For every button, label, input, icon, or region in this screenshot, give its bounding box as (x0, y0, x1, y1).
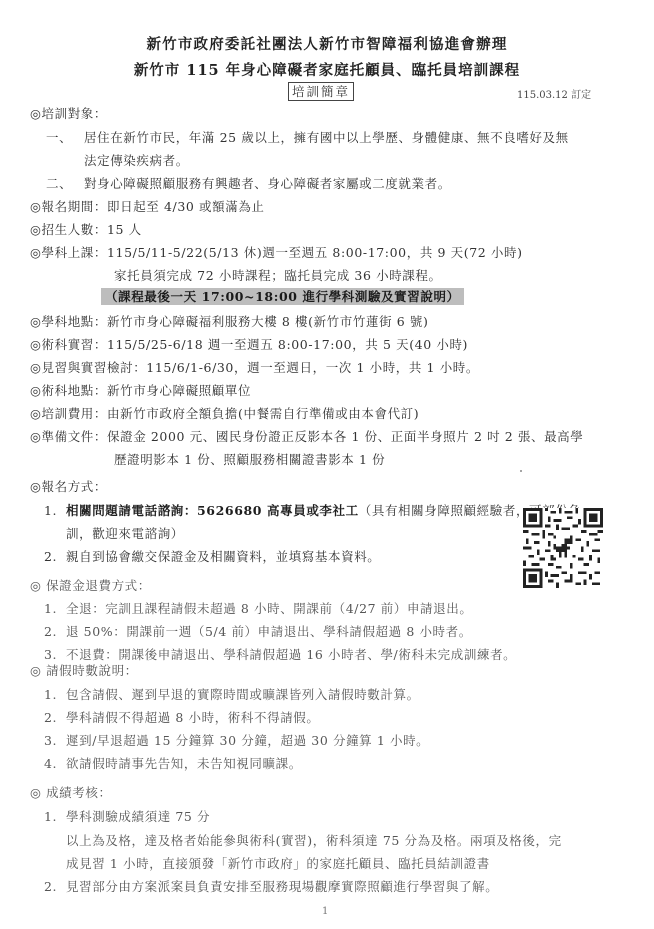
target-item-1-cont: 法定傳染疾病者。 (84, 153, 189, 169)
leave-item-2: 學科請假不得超過 8 小時，術科不得請假。 (66, 710, 320, 726)
revision-date: 115.03.12 訂定 (517, 86, 591, 101)
refund-heading: ◎ 保證金退費方式： (30, 578, 151, 594)
class-location: ◎學科地點：新竹市身心障礙福利服務大樓 8 樓(新竹市竹蓮街 6 號) (30, 314, 428, 330)
refund-item-1-num: 1. (44, 601, 57, 617)
signup-item-2: 親自到協會繳交保證金及相關資料，並填寫基本資料。 (66, 549, 380, 565)
signup-item-2-num: 2. (44, 549, 57, 565)
signup-heading: ◎報名方式： (30, 479, 107, 495)
enrollment-count: ◎招生人數：15 人 (30, 222, 142, 238)
grading-item-1: 學科測驗成績須達 75 分 (66, 809, 210, 825)
practicum-schedule: ◎術科實習：115/5/25-6/18 週一至週五 8:00-17:00，共 5… (30, 337, 468, 353)
phone-inquiry: 相關問題請電話諮詢：5626680 高專員或李社工 (66, 503, 359, 518)
grading-item-1-num: 1. (44, 809, 57, 825)
required-documents: ◎準備文件：保證金 2000 元、國民身份證正反影本各 1 份、正面半身照片 2… (30, 429, 583, 445)
class-schedule-note: 家托員須完成 72 小時課程；臨托員完成 36 小時課程。 (114, 268, 442, 284)
target-item-2-text: 對身心障礙照顧服務有興趣者、身心障礙者家屬或二度就業者。 (84, 176, 451, 192)
target-item-1-text: 居住在新竹市民，年滿 25 歲以上，擁有國中以上學歷、身體健康、無不良嗜好及無 (84, 130, 569, 146)
grading-item-2-num: 2. (44, 879, 57, 895)
leave-item-3: 遲到/早退超過 15 分鐘算 30 分鐘，超過 30 分鐘算 1 小時。 (66, 733, 429, 749)
target-item-1-num: 一、 (46, 130, 72, 146)
registration-period: ◎報名期間：即日起至 4/30 或額滿為止 (30, 199, 265, 215)
class-schedule: ◎學科上課：115/5/11-5/22(5/13 休)週一至週五 8:00-17… (30, 245, 523, 261)
scan-speck (520, 470, 522, 472)
highlight-text: （課程最後一天 17:00~18:00 進行學科測驗及實習說明） (101, 288, 464, 305)
grading-item-1-cont2: 成見習 1 小時，直接頒發「新竹市政府」的家庭托顧員、臨托員結訓證書 (66, 856, 490, 872)
grading-item-2: 見習部分由方案派案員負責安排至服務現場觀摩實際照顧進行學習與了解。 (66, 879, 498, 895)
observation-schedule: ◎見習與實習檢討：115/6/1-6/30，週一至週日，一次 1 小時，共 1 … (30, 360, 479, 376)
refund-item-1: 全退：完訓且課程請假未超過 8 小時、開課前（4/27 前）申請退出。 (66, 601, 472, 617)
leave-heading: ◎ 請假時數說明： (30, 663, 138, 679)
doc-label-box: 培訓簡章 (288, 82, 354, 101)
organizer-line: 新竹市政府委託社團法人新竹市智障福利協進會辦理 (0, 33, 654, 54)
grading-heading: ◎ 成績考核： (30, 785, 112, 801)
grading-item-1-cont1: 以上為及格，達及格者始能參與術科(實習)，術科須達 75 分為及格。兩項及格後，… (66, 833, 562, 849)
document-page: 新竹市政府委託社團法人新竹市智障福利協進會辦理 新竹市 115 年身心障礙者家庭… (0, 0, 654, 929)
refund-item-3-num: 3. (44, 647, 57, 663)
leave-item-2-num: 2. (44, 710, 57, 726)
refund-item-2-num: 2. (44, 624, 57, 640)
leave-item-3-num: 3. (44, 733, 57, 749)
class-highlight-note: （課程最後一天 17:00~18:00 進行學科測驗及實習說明） (101, 289, 464, 305)
qr-code-icon[interactable] (523, 508, 603, 588)
training-fee: ◎培訓費用：由新竹市政府全額負擔(中餐需自行準備或由本會代訂) (30, 406, 419, 422)
leave-item-4-num: 4. (44, 756, 57, 772)
leave-item-1: 包含請假、遲到早退的實際時間或曠課皆列入請假時數計算。 (66, 687, 420, 703)
page-number: 1 (322, 906, 328, 917)
practicum-location: ◎術科地點：新竹市身心障礙照顧單位 (30, 383, 251, 399)
leave-item-4: 欲請假時請事先告知，未告知視同曠課。 (66, 756, 302, 772)
required-documents-cont: 歷證明影本 1 份、照顧服務相關證書影本 1 份 (114, 452, 385, 468)
course-title: 新竹市 115 年身心障礙者家庭托顧員、臨托員培訓課程 (0, 59, 654, 80)
leave-item-1-num: 1. (44, 687, 57, 703)
signup-item-1: 相關問題請電話諮詢：5626680 高專員或李社工（具有相關身障照顧經驗者，可部… (66, 503, 581, 519)
refund-item-2: 退 50%：開課前一週（5/4 前）申請退出、學科請假超過 8 小時者。 (66, 624, 472, 640)
refund-item-3: 不退費：開課後申請退出、學科請假超過 16 小時者、學/術科未完成訓練者。 (66, 647, 516, 663)
target-heading: ◎培訓對象： (30, 106, 107, 122)
signup-item-1-num: 1. (44, 503, 57, 519)
signup-item-1-cont: 訓，歡迎來電諮詢） (66, 526, 184, 542)
target-item-2-num: 二、 (46, 176, 72, 192)
